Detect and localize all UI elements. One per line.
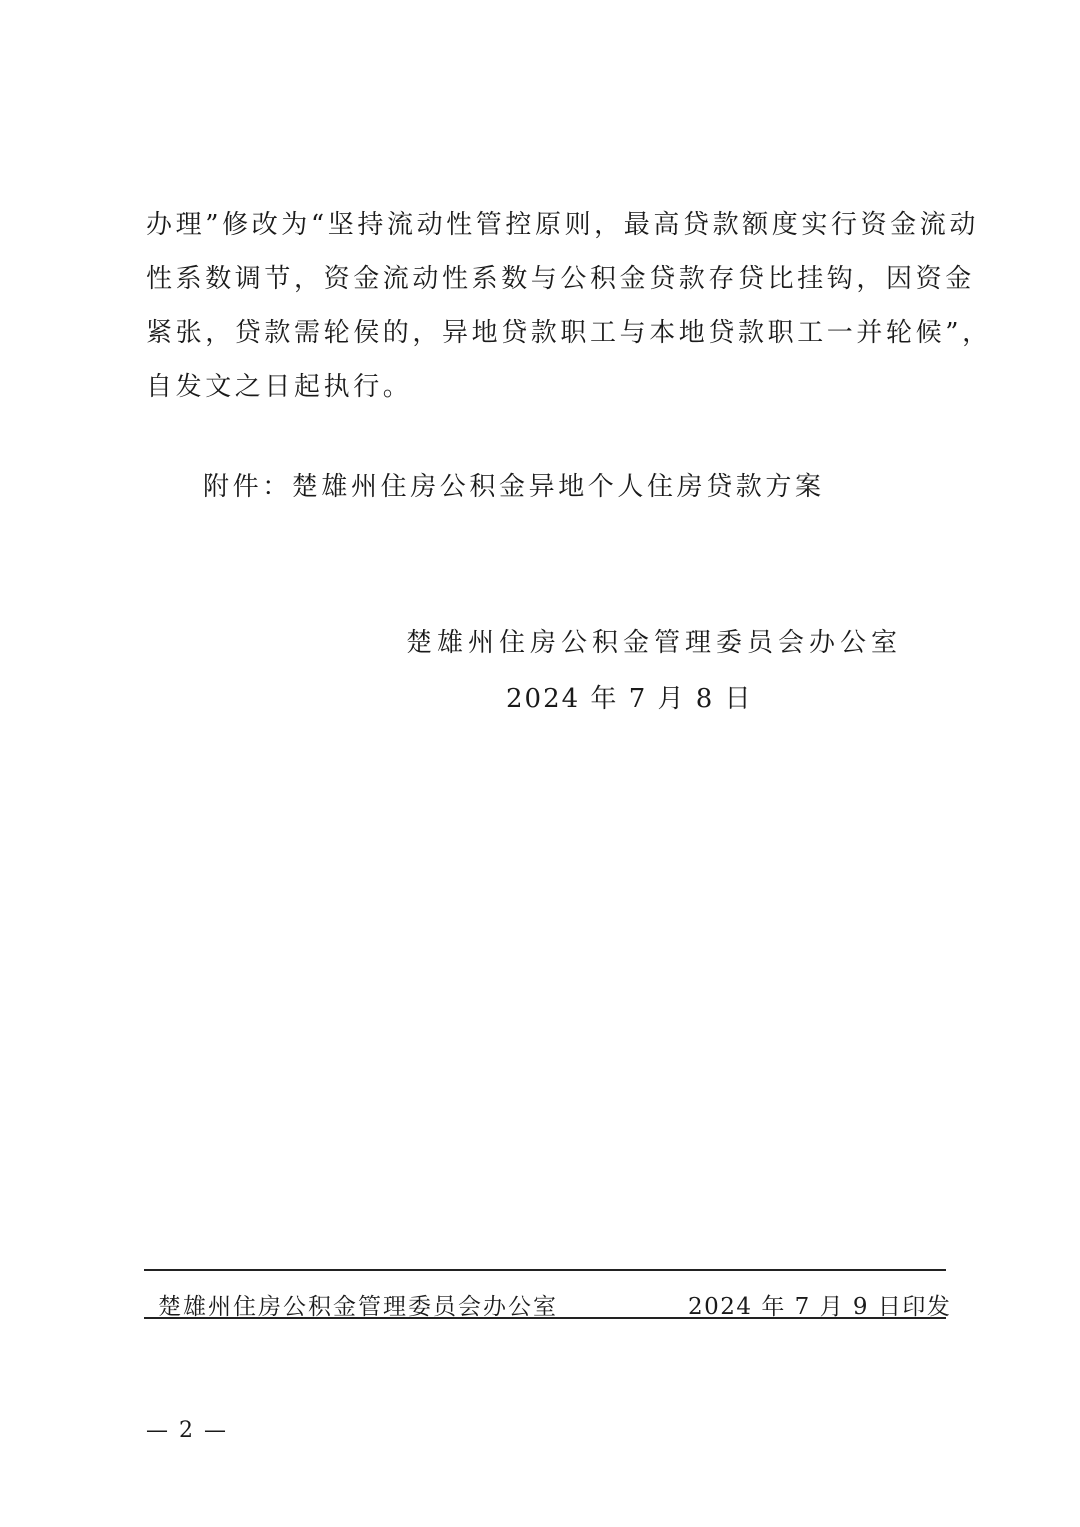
body-line: 紧张，贷款需轮侯的，异地贷款职工与本地贷款职工一并轮候”， bbox=[146, 306, 946, 360]
document-page: 办理”修改为“坚持流动性管控原则，最高贷款额度实行资金流动 性系数调节，资金流动… bbox=[0, 0, 1080, 1527]
footer-rule-bottom bbox=[144, 1317, 946, 1319]
footer-rule-top bbox=[144, 1269, 946, 1271]
body-line: 办理”修改为“坚持流动性管控原则，最高贷款额度实行资金流动 bbox=[146, 198, 946, 252]
attachment-line: 附件：楚雄州住房公积金异地个人住房贷款方案 bbox=[203, 466, 825, 503]
body-paragraph: 办理”修改为“坚持流动性管控原则，最高贷款额度实行资金流动 性系数调节，资金流动… bbox=[146, 198, 946, 414]
body-line: 性系数调节，资金流动性系数与公积金贷款存贷比挂钩，因资金 bbox=[146, 252, 946, 306]
page-number: — 2 — bbox=[146, 1418, 228, 1443]
body-line: 自发文之日起执行。 bbox=[146, 360, 946, 414]
signature-organization: 楚雄州住房公积金管理委员会办公室 bbox=[406, 622, 902, 659]
signature-date: 2024 年 7 月 8 日 bbox=[506, 678, 753, 715]
